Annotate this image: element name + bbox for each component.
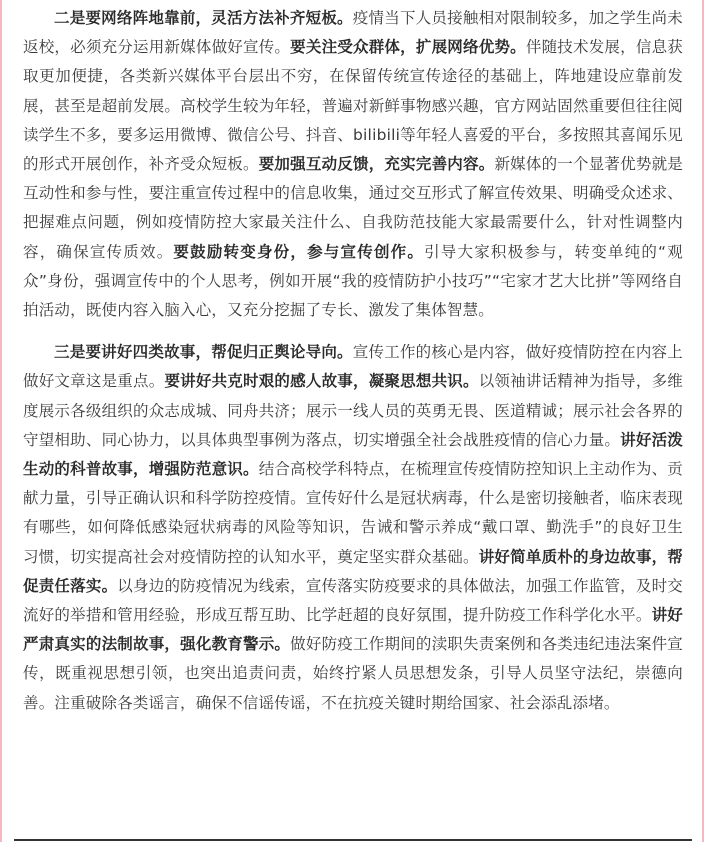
bold-subheading: 要鼓励转变身份，参与宣传创作。 xyxy=(173,243,424,261)
paragraph-four-stories: 三是要讲好四类故事，帮促归正舆论导向。宣传工作的核心是内容，做好疫情防控在内容上… xyxy=(23,338,683,718)
body-text: 伴随技术发展，信息获取更加便捷，各类新兴媒体平台层出不穷，在保留传统宣传途径的基… xyxy=(23,38,683,173)
article-body: 二是要网络阵地靠前，灵活方法补齐短板。疫情当下人员接触相对限制较多，加之学生尚未… xyxy=(23,4,683,731)
bold-subheading: 要加强互动反馈，充实完善内容。 xyxy=(259,155,495,173)
bold-heading: 三是要讲好四类故事，帮促归正舆论导向。 xyxy=(54,343,353,361)
paragraph-network-front: 二是要网络阵地靠前，灵活方法补齐短板。疫情当下人员接触相对限制较多，加之学生尚未… xyxy=(23,4,683,325)
bottom-divider xyxy=(14,839,692,841)
body-text: 以身边的防疫情况为线索，宣传落实防疫要求的具体做法，加强工作监管，及时交流好的举… xyxy=(23,577,683,624)
bold-subheading: 要关注受众群体，扩展网络优势。 xyxy=(290,38,526,56)
bold-heading: 二是要网络阵地靠前，灵活方法补齐短板。 xyxy=(54,9,353,27)
bold-subheading: 要讲好共克时艰的感人故事，凝聚思想共识。 xyxy=(164,372,478,390)
